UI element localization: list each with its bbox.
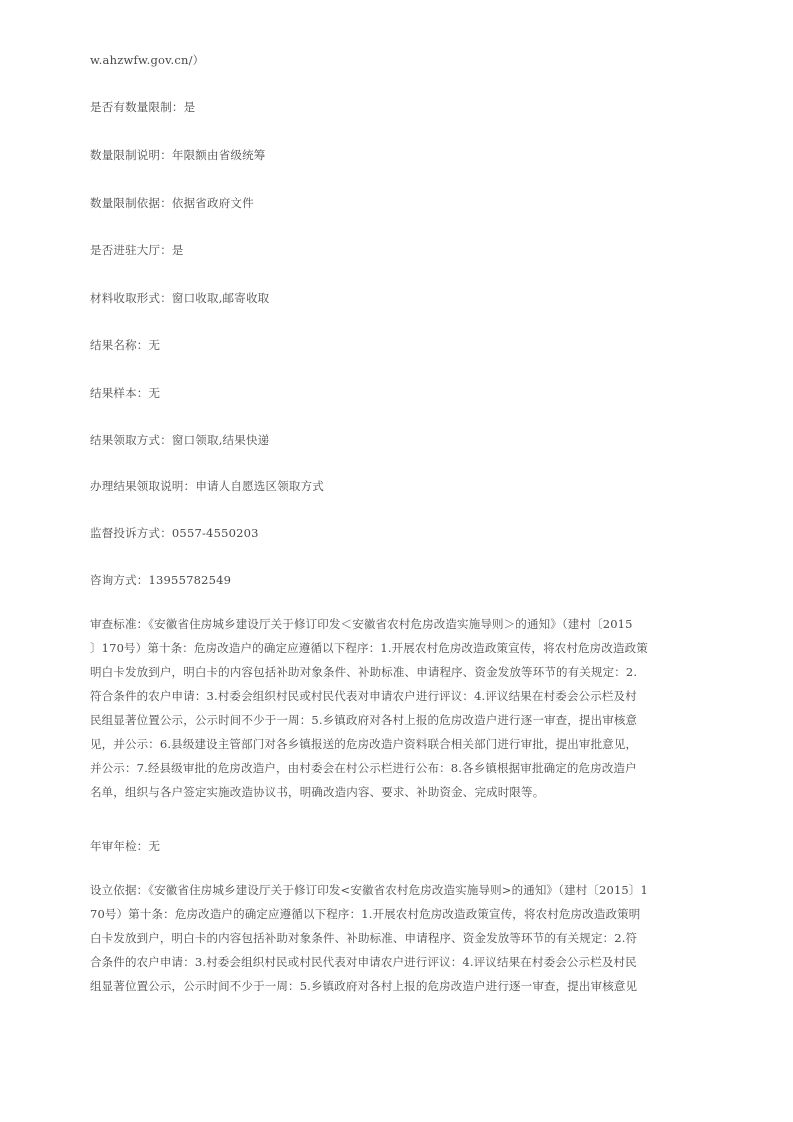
paragraph-line: 组显著位置公示，公示时间不少于一周：5.乡镇政府对各村上报的危房改造户进行逐一审… [90, 974, 710, 998]
field-material-collection: 材料收取形式：窗口收取,邮寄收取 [90, 290, 269, 306]
field-quantity-limit-basis: 数量限制依据：依据省政府文件 [90, 195, 254, 211]
field-label: 是否进驻大厅： [90, 243, 172, 257]
paragraph-line: 白卡发放到户，明白卡的内容包括补助对象条件、补助标准、申请程序、资金发放等环节的… [90, 926, 710, 950]
paragraph-line: 并公示：7.经县级审批的危房改造户，由村委会在村公示栏进行公布：8.各乡镇根据审… [90, 756, 710, 780]
paragraph-line: 符合条件的农户申请：3.村委会组织村民或村民代表对申请农户进行评议：4.评议结果… [90, 684, 710, 708]
field-quantity-limit-desc: 数量限制说明：年限额由省级统筹 [90, 147, 266, 163]
field-value: 无 [149, 338, 161, 352]
paragraph-line: 名单，组织与各户签定实施改造协议书，明确改造内容、要求、补助资金、完成时限等。 [90, 780, 710, 804]
field-label: 年审年检： [90, 839, 149, 853]
field-label: 咨询方式： [90, 573, 149, 587]
field-value: 年限额由省级统筹 [172, 148, 266, 162]
review-standard-paragraph: 审查标准：《安徽省住房城乡建设厅关于修订印发＜安徽省农村危房改造实施导则＞的通知… [90, 612, 710, 804]
field-annual-review: 年审年检：无 [90, 838, 160, 854]
field-label: 数量限制说明： [90, 148, 172, 162]
paragraph-line: 〕170号）第十条：危房改造户的确定应遵循以下程序：1.开展农村危房改造政策宣传… [90, 636, 710, 660]
field-value: 无 [149, 839, 161, 853]
field-label: 监督投诉方式： [90, 526, 172, 540]
paragraph-line: 明白卡发放到户，明白卡的内容包括补助对象条件、补助标准、申请程序、资金发放等环节… [90, 660, 710, 684]
field-label: 结果领取方式： [90, 433, 172, 447]
paragraph-line: 民组显著位置公示，公示时间不少于一周：5.乡镇政府对各村上报的危房改造户进行逐一… [90, 708, 710, 732]
field-label: 是否有数量限制： [90, 100, 184, 114]
field-value: 申请人自愿选区领取方式 [195, 479, 324, 493]
url-fragment: w.ahzwfw.gov.cn/） [90, 52, 204, 68]
field-in-hall: 是否进驻大厅：是 [90, 242, 184, 258]
field-label: 办理结果领取说明： [90, 479, 195, 493]
paragraph-line: 70号）第十条：危房改造户的确定应遵循以下程序：1.开展农村危房改造政策宣传，将… [90, 902, 710, 926]
field-value: 13955782549 [149, 573, 232, 587]
field-label: 结果名称： [90, 338, 149, 352]
field-value: 是 [172, 243, 184, 257]
field-result-sample: 结果样本：无 [90, 385, 160, 401]
field-value: 窗口领取,结果快递 [172, 433, 269, 447]
field-value: 是 [184, 100, 196, 114]
field-label: 结果样本： [90, 386, 149, 400]
field-value: 依据省政府文件 [172, 196, 254, 210]
field-value: 0557-4550203 [172, 526, 259, 540]
paragraph-line: 设立依据：《安徽省住房城乡建设厅关于修订印发<安徽省农村危房改造实施导则>的通知… [90, 878, 710, 902]
field-value: 无 [149, 386, 161, 400]
paragraph-line: 合条件的农户申请：3.村委会组织村民或村民代表对申请农户进行评议：4.评议结果在… [90, 950, 710, 974]
field-quantity-limit: 是否有数量限制：是 [90, 99, 195, 115]
field-result-pickup-desc: 办理结果领取说明：申请人自愿选区领取方式 [90, 478, 324, 494]
field-value: 窗口收取,邮寄收取 [172, 291, 269, 305]
field-result-name: 结果名称：无 [90, 337, 160, 353]
field-label: 数量限制依据： [90, 196, 172, 210]
legal-basis-paragraph: 设立依据：《安徽省住房城乡建设厅关于修订印发<安徽省农村危房改造实施导则>的通知… [90, 878, 710, 998]
paragraph-line: 见，并公示：6.县级建设主管部门对各乡镇报送的危房改造户资料联合相关部门进行审批… [90, 732, 710, 756]
paragraph-line: 审查标准：《安徽省住房城乡建设厅关于修订印发＜安徽省农村危房改造实施导则＞的通知… [90, 612, 710, 636]
field-consult-contact: 咨询方式：13955782549 [90, 572, 231, 588]
field-label: 材料收取形式： [90, 291, 172, 305]
field-result-pickup: 结果领取方式：窗口领取,结果快递 [90, 432, 269, 448]
field-complaint-contact: 监督投诉方式：0557-4550203 [90, 525, 259, 541]
